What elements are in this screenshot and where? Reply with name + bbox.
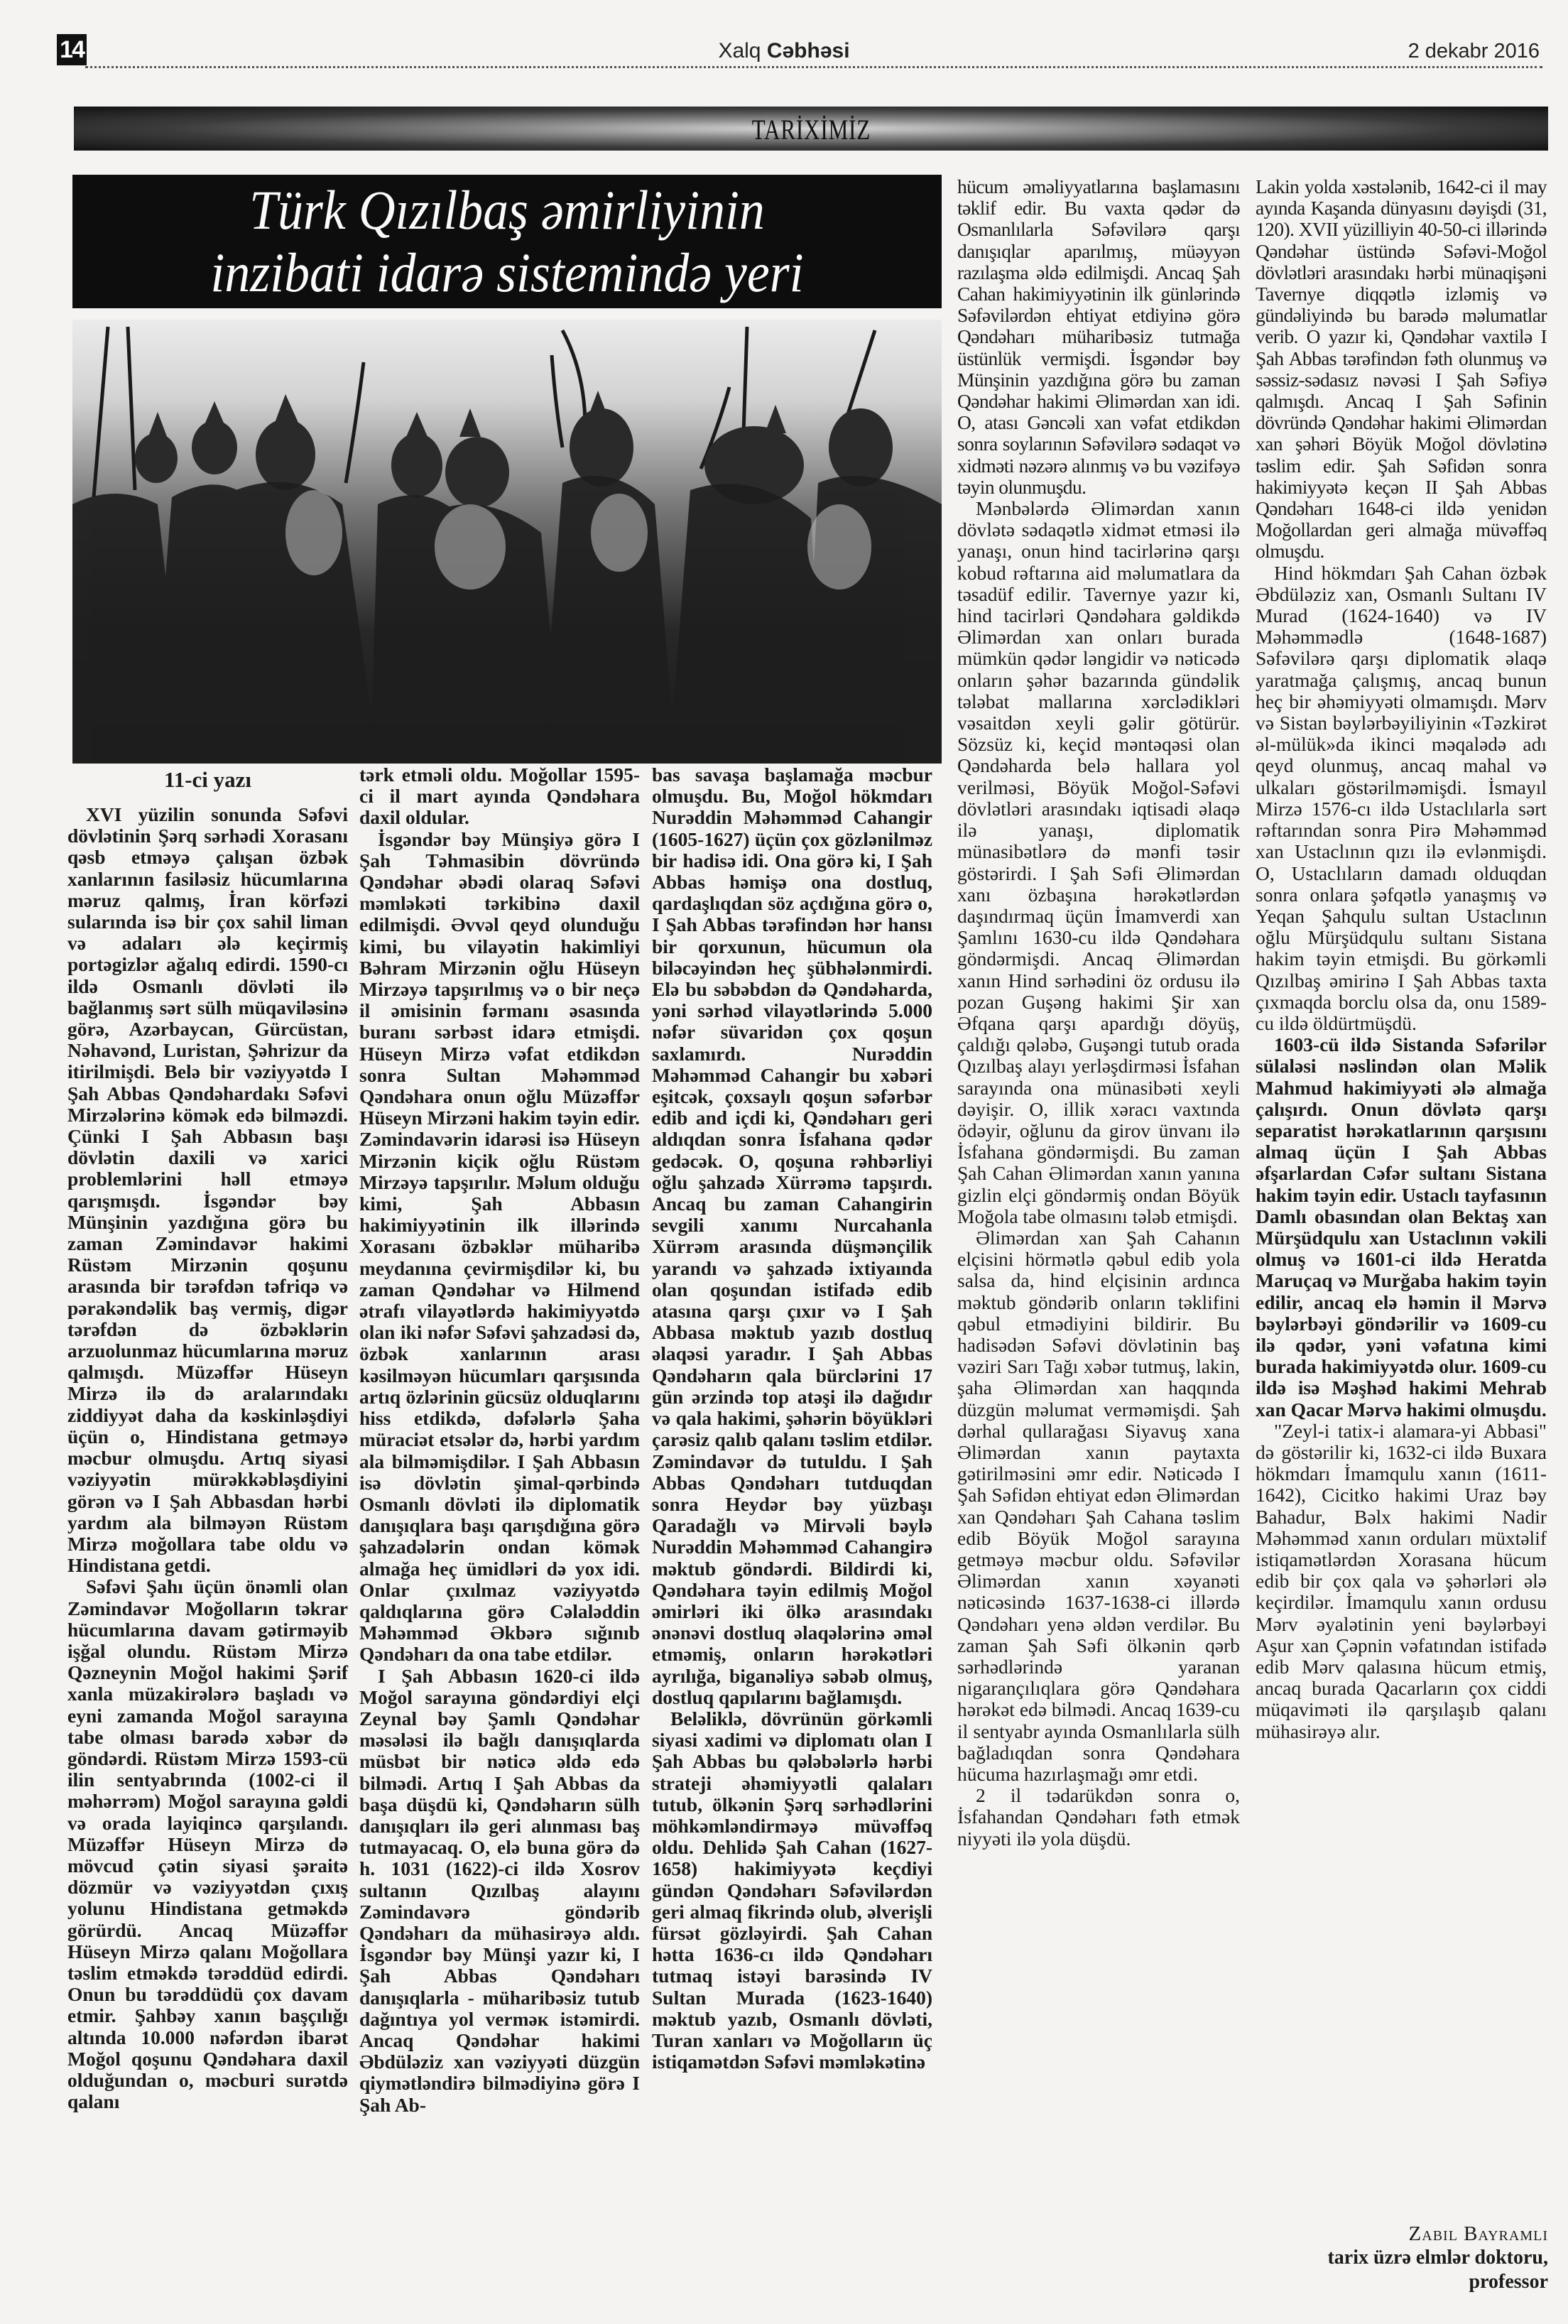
- paragraph: XVI yüzilin sonunda Səfəvi dövlətinin Şə…: [67, 804, 348, 1576]
- paragraph: 2 il tədarükdən sonra o, İsfahandan Qənd…: [957, 1785, 1240, 1850]
- paragraph: Əlimərdan xan Şah Cahanın elçisini hörmə…: [957, 1227, 1240, 1785]
- article-headline: Türk Qızılbaş əmirliyinin inzibati idarə…: [72, 175, 942, 308]
- masthead-light: Xalq: [718, 39, 766, 63]
- masthead: Xalq Cəbhəsi: [0, 37, 1568, 65]
- paragraph: İsgəndər bəy Münşiyə görə I Şah Təhmasib…: [359, 829, 640, 1666]
- author-title: tarix üzrə elmlər doktoru,: [1327, 2246, 1548, 2270]
- paragraph: 1603-cü ildə Sistanda Səfərilər sülaləsi…: [1256, 1034, 1547, 1421]
- paragraph: Lakin yolda xəstələnib, 1642-ci il may a…: [1256, 176, 1547, 563]
- author-name: Zabil Bayramlı: [1327, 2222, 1548, 2246]
- section-title: TARİXİMİZ: [751, 107, 870, 153]
- article-column-4: hücum əməliyyatlarına başlamasını təklif…: [957, 176, 1240, 1850]
- paragraph: I Şah Abbasın 1620-ci ildə Moğol sarayın…: [359, 1666, 640, 2116]
- paragraph: Hind hökmdarı Şah Cahan özbək Əbdüləziz …: [1256, 563, 1547, 1034]
- paragraph: bas savaşa başlamağa məcbur olmuşdu. Bu,…: [652, 764, 932, 1708]
- headline-line-2: inzibati idarə sistemində yeri: [107, 241, 907, 304]
- article-column-1: XVI yüzilin sonunda Səfəvi dövlətinin Şə…: [67, 804, 348, 2112]
- masthead-bold: Cəbhəsi: [767, 39, 850, 63]
- paragraph: hücum əməliyyatlarına başlamasını təklif…: [957, 176, 1240, 498]
- header-divider: [85, 66, 1542, 68]
- article-photo: [72, 320, 942, 764]
- paragraph: Səfəvi Şahı üçün önəmli olan Zəmindavər …: [67, 1576, 348, 2112]
- paragraph: Beləliklə, dövrünün görkəmli siyasi xadi…: [652, 1708, 932, 2073]
- article-column-3: bas savaşa başlamağa məcbur olmuşdu. Bu,…: [652, 764, 932, 2073]
- horsemen-illustration-icon: [72, 320, 942, 764]
- paragraph: "Zeyl-i tatix-i alamara-yi Abbasi" də gö…: [1256, 1421, 1547, 1742]
- paragraph: tərk etməli oldu. Moğollar 1595-ci il ma…: [359, 764, 640, 829]
- author-byline: Zabil Bayramlı tarix üzrə elmlər doktoru…: [1327, 2222, 1548, 2294]
- article-column-5: Lakin yolda xəstələnib, 1642-ci il may a…: [1256, 176, 1547, 1742]
- article-column-2: tərk etməli oldu. Moğollar 1595-ci il ma…: [359, 764, 640, 2116]
- author-rank: professor: [1327, 2270, 1548, 2294]
- paragraph: Mənbələrdə Əlimərdan xanın dövlətə sədaq…: [957, 498, 1240, 1227]
- section-banner: TARİXİMİZ: [74, 107, 1548, 151]
- headline-line-1: Türk Qızılbaş əmirliyinin: [107, 179, 907, 241]
- issue-date: 2 dekabr 2016: [1408, 37, 1540, 65]
- series-label: 11-ci yazı: [67, 764, 348, 796]
